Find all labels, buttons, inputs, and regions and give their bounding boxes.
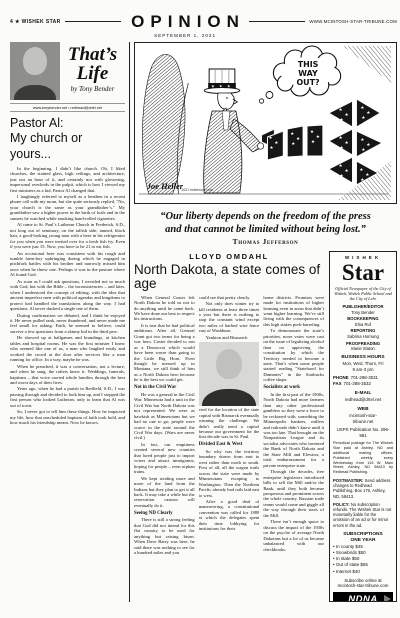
business-hours-time: 9 am-3 pm: [333, 367, 393, 373]
thats-life-column: That’s Life by Tony Bender www.tonybende…: [10, 42, 130, 602]
masthead-tagline: Official Newspaper of the City of Wishek…: [333, 286, 393, 301]
paragraph: It is true that he had political ambitio…: [134, 323, 195, 383]
section-title: OPINION: [125, 12, 245, 32]
fax-label: FAX: [333, 381, 342, 387]
paragraph: Through the decades, free enterprise leg…: [263, 469, 324, 518]
omdahl-column-2: could see that pretty clearly.Not only d…: [199, 295, 260, 613]
paragraph: Al came to St. Paul’s Lutheran Church in…: [10, 222, 125, 249]
subhead: Seeing ND Clearly: [134, 510, 195, 517]
page-header: 4 ★ WISHEK STAR OPINION SEPTEMBER 1, 202…: [10, 12, 397, 38]
paragraph: We kept stealing more and more of the la…: [134, 476, 195, 509]
column-title-line1: That’s: [60, 45, 125, 64]
header-rule-right: [249, 21, 305, 22]
staff-name: Sabrina Hornung: [333, 334, 393, 339]
quote-line1: “Our liberty depends on the freedom of t…: [136, 210, 395, 223]
staff-name: Tony Bender: [333, 310, 393, 315]
ndna-logo: NDNA: [333, 592, 393, 602]
bubble-text-line3: OUT?: [296, 78, 319, 87]
paragraph: After a good deal of maneuvering, a cons…: [199, 499, 260, 532]
pastor-al-headline: Pastor Al: My church or yours...: [10, 116, 125, 162]
paragraph: Not only does winter try to kill residen…: [199, 301, 260, 334]
subhead: Not in the Civil War: [134, 384, 195, 391]
quote-attribution: Thomas Jefferson: [136, 237, 395, 246]
newspaper-opinion-page: 4 ★ WISHEK STAR OPINION SEPTEMBER 1, 202…: [0, 0, 400, 618]
corner-hatch-top-right: [343, 46, 391, 83]
staff-name: Elna Ruf: [333, 322, 393, 327]
bubble-text-line2: WAY: [298, 69, 318, 78]
tree-hatching: [142, 54, 188, 194]
paragraph: Yankton and Bismarck: [199, 335, 260, 340]
thats-life-header: That’s Life by Tony Bender: [10, 42, 125, 100]
paragraph: When he preached, it was a conversation,…: [10, 364, 125, 386]
paragraph: There is still a strong feeling that God…: [134, 517, 195, 555]
paragraph: When General Custer left North Dakota he…: [134, 295, 195, 322]
pull-quote: “Our liberty depends on the freedom of t…: [134, 204, 397, 250]
editorial-cartoon-svg: ★★★: [135, 43, 396, 203]
paragraph: He was a general in the Civil War. Minne…: [134, 392, 195, 441]
editorial-cartoon: ★★★: [134, 42, 397, 204]
subscribe-online-line2: mcintosh-star-tribune.com: [333, 583, 393, 589]
column-title-line2: Life: [60, 64, 125, 83]
header-rule-left: [65, 21, 121, 22]
paragraph: During confirmation we debated, and I th…: [10, 313, 125, 335]
author-contact-line: www.tonybender.net • redhead@drtel.net: [10, 103, 125, 112]
paragraph: So, I never got to tell him these things…: [10, 409, 125, 425]
paragraph: In the first part of the 1900s, North Da…: [263, 392, 324, 468]
paragraph: Years ago, when he had a parish in Redfi…: [10, 386, 125, 408]
website-url: WWW.MCINTOSH-STAR-TRIBUNE.COM: [309, 19, 397, 24]
tony-bender-photo: [10, 42, 60, 100]
section-header: OPINION SEPTEMBER 1, 2021: [125, 12, 245, 38]
web-address-line2: tribune.net: [333, 419, 393, 425]
paragraph: To demonstrate the state’s priorities, m…: [263, 328, 324, 383]
fax-number: 701-288-3532: [344, 381, 371, 387]
usps-number: USPS Publication No. 296-981: [333, 427, 393, 438]
omdahl-column-3: home districts. Promises were made for i…: [263, 295, 324, 613]
pastor-al-body: In the beginning, I didn’t like church. …: [10, 166, 125, 618]
paragraph: vied for the location of the state capit…: [199, 407, 260, 440]
postage-notice: Periodical postage for The Wishek Star p…: [333, 441, 393, 475]
subhead: Socialists at work: [263, 384, 324, 391]
omdahl-byline: LLOYD OMDAHL: [134, 252, 324, 261]
paragraph: could see that pretty clearly.: [199, 295, 260, 300]
fax-row: FAX 701-288-3532: [333, 381, 393, 387]
paragraph: home districts. Promises were made for i…: [263, 295, 324, 328]
paragraph: There isn’t enough space to discuss the …: [263, 519, 324, 552]
column-byline: by Tony Bender: [60, 85, 125, 93]
paragraph: I laughingly referred to myself as a hea…: [10, 194, 125, 221]
page-number-label: 4 ★ WISHEK STAR: [10, 19, 61, 25]
email-address: redhead@drtel.net: [333, 397, 393, 403]
masthead-box: WISHEK Star Official Newspaper of the Ci…: [329, 251, 397, 602]
subhead: Divided East & West: [199, 441, 260, 448]
issue-date: SEPTEMBER 1, 2021: [125, 33, 245, 38]
postmaster-notice: POSTMASTER: Send address changes to Redh…: [333, 478, 393, 499]
thought-bubble: THIS WAY OUT?: [259, 46, 340, 103]
cartoon-credit: 2021 hellertoon.com: [181, 188, 212, 192]
policy-notice: POLICY: No subscription refunds. The Wis…: [333, 502, 393, 528]
staff-name: Marie Slaton: [333, 346, 393, 351]
paragraph: An occasional beer was consistent with h…: [10, 251, 125, 278]
uncle-sam-figure: ★ ★ ★: [204, 69, 264, 193]
lloyd-omdahl-photo: [199, 342, 260, 406]
paragraph: As soon as I could ask questions, I wres…: [10, 279, 125, 312]
subscription-rates: • In county $45• Snowbirds $50• In state…: [333, 544, 393, 575]
quote-line2: and that cannot be limited without being…: [136, 223, 395, 236]
paragraph: He showed up at ballgames and brandings,…: [10, 335, 125, 362]
omdahl-column-1: When General Custer left North Dakota he…: [134, 295, 195, 613]
list-item: • Internet $40: [333, 569, 393, 575]
omdahl-article: LLOYD OMDAHL North Dakota, a state comes…: [134, 251, 327, 602]
paragraph: In the beginning, I didn’t like church. …: [10, 166, 125, 193]
paragraph: In fact, our emptiness created several n…: [134, 442, 195, 475]
masthead-logo: Star: [333, 261, 393, 284]
omdahl-headline: North Dakota, a state comes of age: [134, 263, 324, 291]
cartoonist-signature: Joe Heller: [146, 181, 184, 191]
bubble-text-line1: THIS: [298, 60, 319, 69]
paragraph: So why was the territory boundary drawn …: [199, 449, 260, 498]
